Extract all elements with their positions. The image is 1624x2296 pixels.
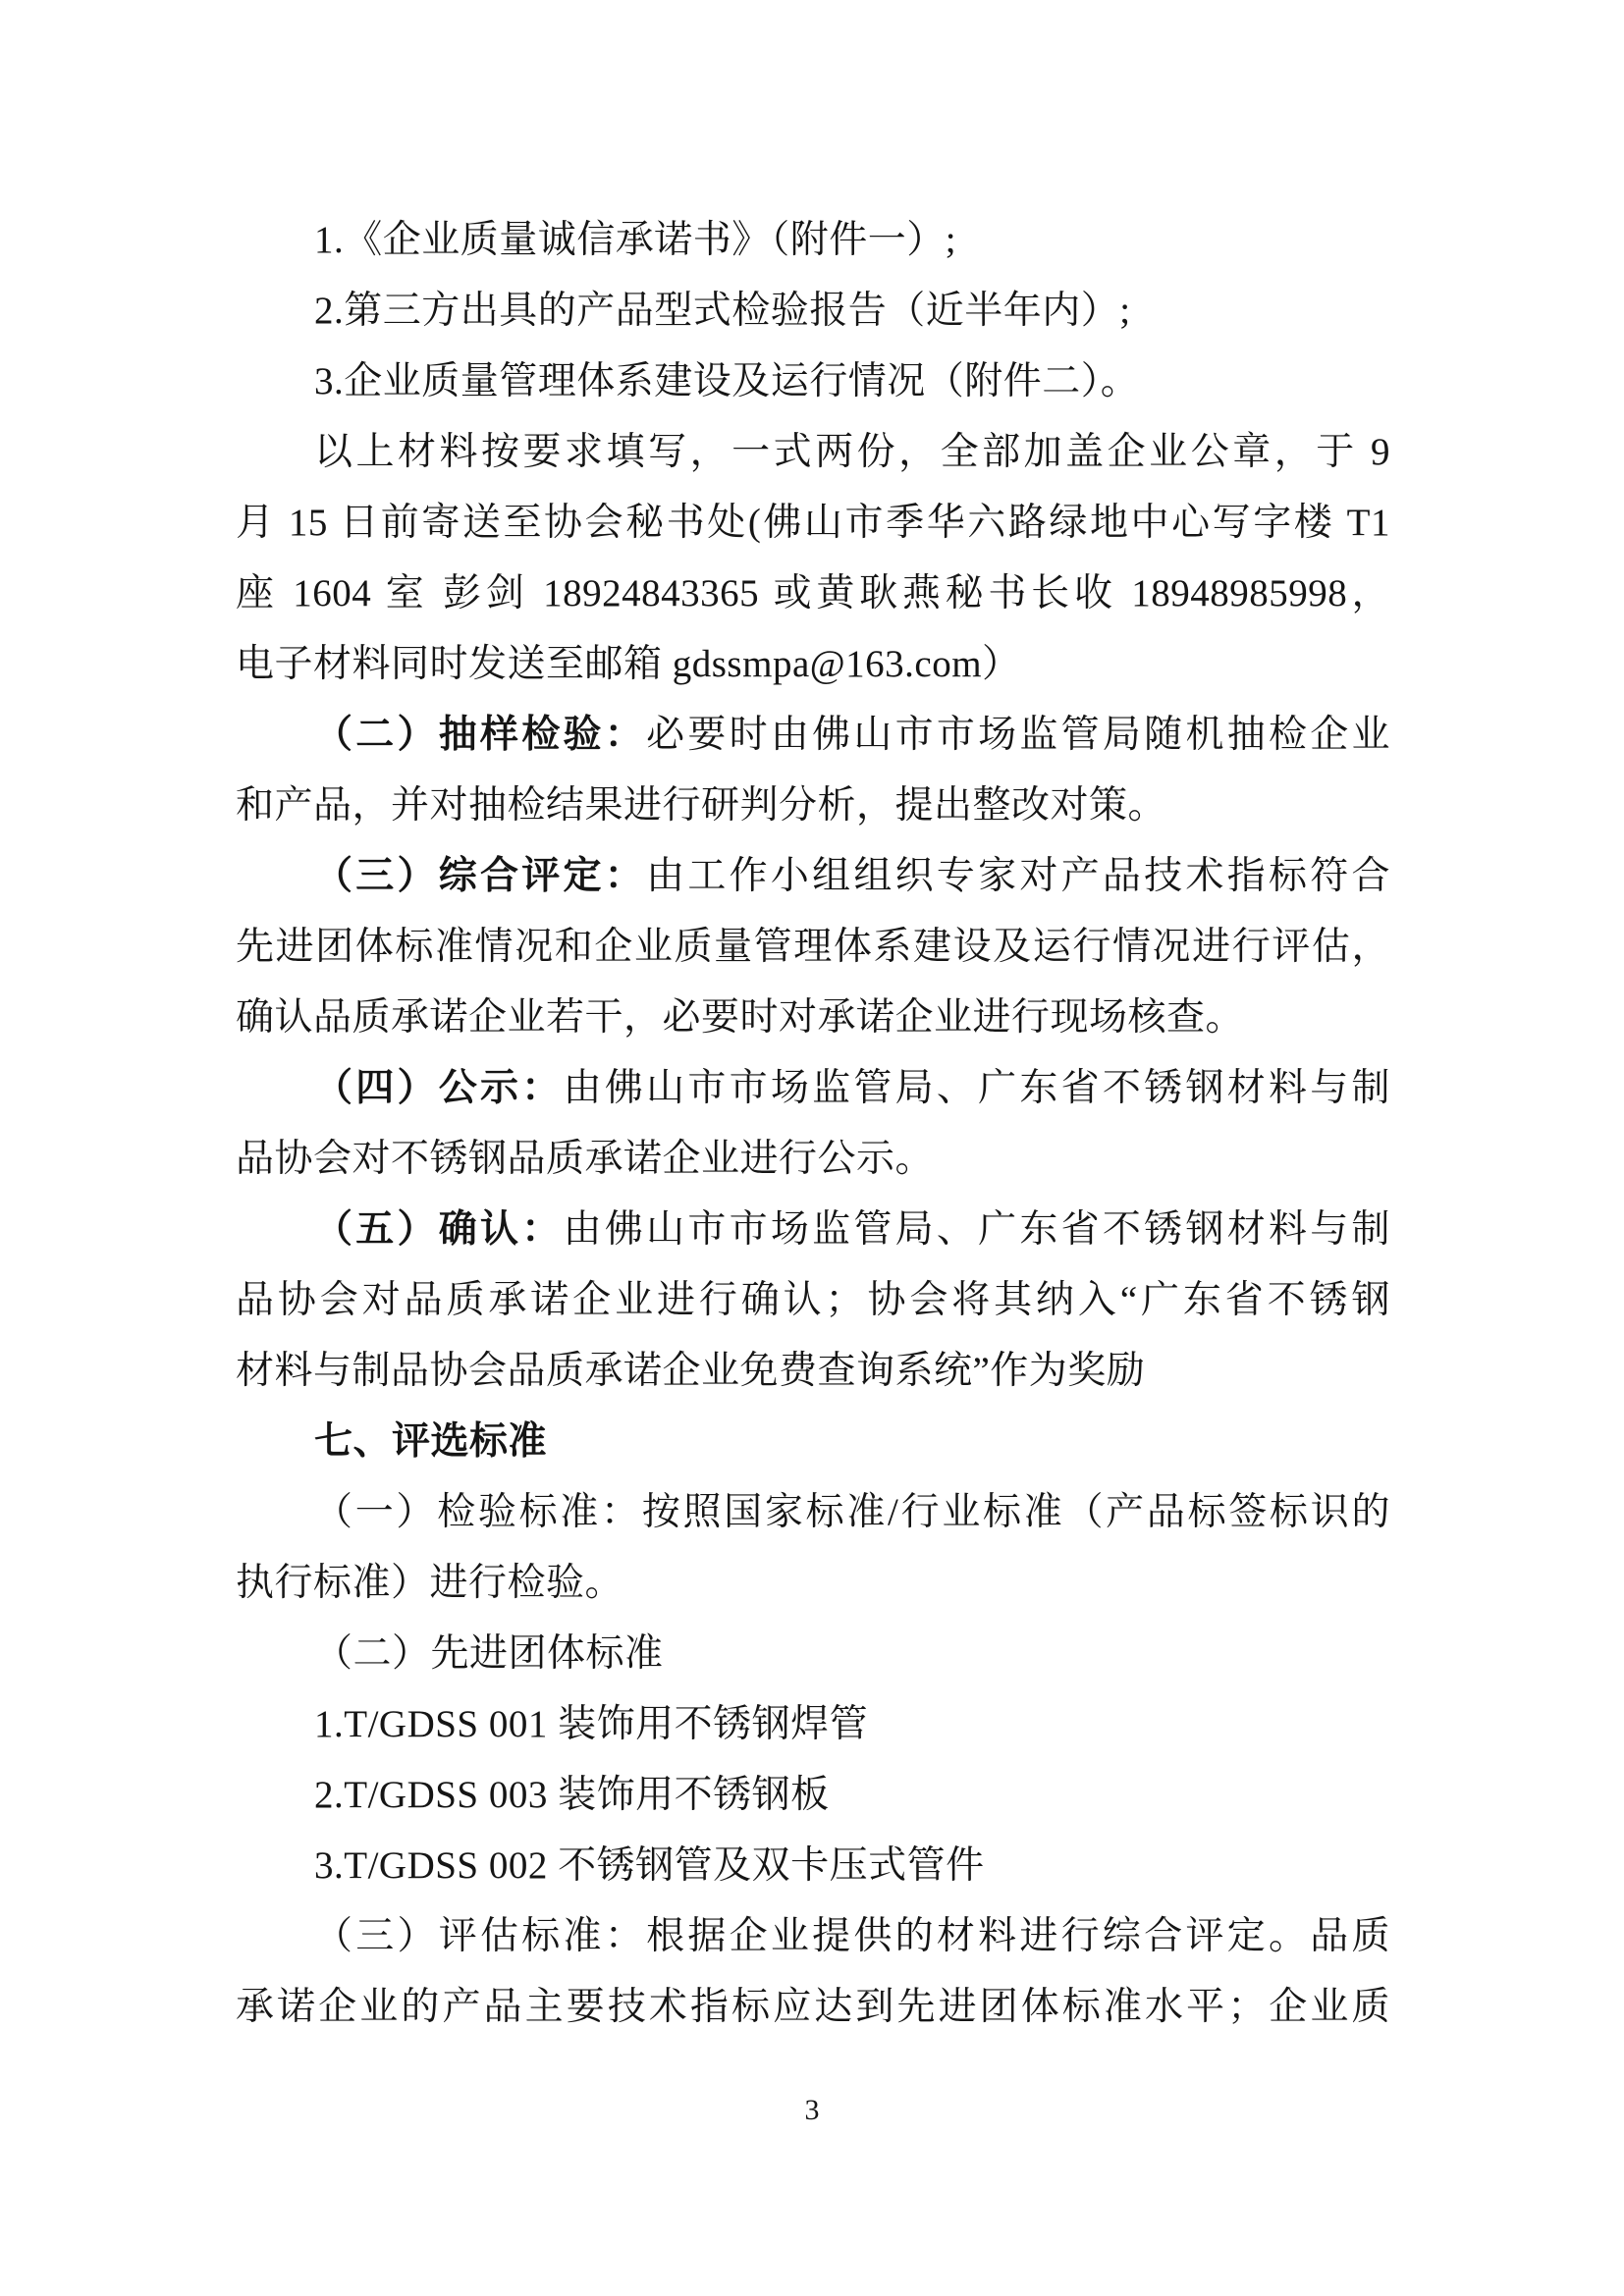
doc-line: （四）公示：由佛山市市场监管局、广东省不锈钢材料与制 [236, 1053, 1390, 1124]
doc-line: 座 1604 室 彭剑 18924843365 或黄耿燕秘书长收 1894898… [236, 559, 1390, 629]
doc-line-text: 1.《企业质量诚信承诺书》（附件一）; [314, 219, 956, 261]
doc-line: 品协会对不锈钢品质承诺企业进行公示。 [236, 1124, 1390, 1195]
doc-line: 七、评选标准 [236, 1407, 1390, 1477]
doc-line-heading: （三）综合评定： [314, 855, 646, 897]
page-number: 3 [0, 2089, 1624, 2132]
doc-line: 和产品，并对抽检结果进行研判分析，提出整改对策。 [236, 771, 1390, 841]
doc-line: （三）综合评定：由工作小组组织专家对产品技术指标符合 [236, 841, 1390, 912]
doc-line: （二）抽样检验：必要时由佛山市市场监管局随机抽检企业 [236, 700, 1390, 771]
doc-line-text: 以上材料按要求填写，一式两份，全部加盖企业公章，于 9 [314, 431, 1390, 473]
doc-line: 2.第三方出具的产品型式检验报告（近半年内）; [236, 276, 1390, 347]
doc-line-text: 确认品质承诺企业若干，必要时对承诺企业进行现场核查。 [236, 996, 1244, 1039]
doc-line: 电子材料同时发送至邮箱 gdssmpa@163.com） [236, 629, 1390, 700]
doc-line-heading: （四）公示： [314, 1067, 564, 1109]
doc-line: 品协会对品质承诺企业进行确认；协会将其纳入“广东省不锈钢 [236, 1265, 1390, 1336]
doc-line-text: 3.T/GDSS 002 不锈钢管及双卡压式管件 [314, 1844, 985, 1887]
doc-line-text: 3.企业质量管理体系建设及运行情况（附件二）。 [314, 360, 1139, 402]
doc-line: 确认品质承诺企业若干，必要时对承诺企业进行现场核查。 [236, 983, 1390, 1053]
doc-line: 以上材料按要求填写，一式两份，全部加盖企业公章，于 9 [236, 417, 1390, 488]
doc-line: 承诺企业的产品主要技术指标应达到先进团体标准水平；企业质 [236, 1972, 1390, 2043]
doc-line-text: 承诺企业的产品主要技术指标应达到先进团体标准水平；企业质 [236, 1986, 1390, 2028]
doc-line-heading: 七、评选标准 [314, 1420, 547, 1463]
doc-line: （一）检验标准：按照国家标准/行业标准（产品标签标识的 [236, 1477, 1390, 1548]
doc-line-text: 1.T/GDSS 001 装饰用不锈钢焊管 [314, 1703, 868, 1745]
document-lines: 1.《企业质量诚信承诺书》（附件一）;2.第三方出具的产品型式检验报告（近半年内… [236, 205, 1390, 2043]
doc-line: 先进团体标准情况和企业质量管理体系建设及运行情况进行评估， [236, 912, 1390, 983]
doc-line-text: 品协会对品质承诺企业进行确认；协会将其纳入“广东省不锈钢 [236, 1279, 1390, 1321]
doc-line: 3.T/GDSS 002 不锈钢管及双卡压式管件 [236, 1831, 1390, 1901]
doc-line-text: 必要时由佛山市市场监管局随机抽检企业 [646, 714, 1390, 756]
doc-line: （二）先进团体标准 [236, 1619, 1390, 1689]
doc-line-text: （一）检验标准：按照国家标准/行业标准（产品标签标识的 [314, 1491, 1390, 1533]
doc-line-text: 先进团体标准情况和企业质量管理体系建设及运行情况进行评估， [236, 926, 1390, 968]
doc-line: 1.《企业质量诚信承诺书》（附件一）; [236, 205, 1390, 276]
doc-line-text: （三）评估标准：根据企业提供的材料进行综合评定。品质 [314, 1915, 1390, 1957]
doc-line-text: 由佛山市市场监管局、广东省不锈钢材料与制 [564, 1067, 1390, 1109]
doc-line-text: 由工作小组组织专家对产品技术指标符合 [646, 855, 1390, 897]
doc-line-text: 品协会对不锈钢品质承诺企业进行公示。 [236, 1138, 934, 1180]
doc-line: 3.企业质量管理体系建设及运行情况（附件二）。 [236, 347, 1390, 417]
document-page: 1.《企业质量诚信承诺书》（附件一）;2.第三方出具的产品型式检验报告（近半年内… [0, 0, 1624, 2296]
doc-line-text: 电子材料同时发送至邮箱 gdssmpa@163.com） [236, 643, 1021, 685]
doc-line: 月 15 日前寄送至协会秘书处(佛山市季华六路绿地中心写字楼 T1 [236, 488, 1390, 559]
doc-line: （五）确认：由佛山市市场监管局、广东省不锈钢材料与制 [236, 1195, 1390, 1265]
doc-line: 材料与制品协会品质承诺企业免费查询系统”作为奖励 [236, 1336, 1390, 1407]
doc-line-text: 2.第三方出具的产品型式检验报告（近半年内）; [314, 290, 1131, 332]
doc-line: 执行标准）进行检验。 [236, 1548, 1390, 1619]
doc-line: （三）评估标准：根据企业提供的材料进行综合评定。品质 [236, 1901, 1390, 1972]
doc-line-heading: （五）确认： [314, 1208, 564, 1251]
doc-line: 1.T/GDSS 001 装饰用不锈钢焊管 [236, 1689, 1390, 1760]
doc-line-text: 材料与制品协会品质承诺企业免费查询系统”作为奖励 [236, 1350, 1145, 1392]
doc-line-text: 由佛山市市场监管局、广东省不锈钢材料与制 [564, 1208, 1390, 1251]
doc-line: 2.T/GDSS 003 装饰用不锈钢板 [236, 1760, 1390, 1831]
doc-line-text: （二）先进团体标准 [314, 1632, 664, 1675]
doc-line-text: 和产品，并对抽检结果进行研判分析，提出整改对策。 [236, 784, 1166, 827]
doc-line-text: 执行标准）进行检验。 [236, 1562, 623, 1604]
doc-line-text: 座 1604 室 彭剑 18924843365 或黄耿燕秘书长收 1894898… [236, 572, 1390, 614]
doc-line-text: 2.T/GDSS 003 装饰用不锈钢板 [314, 1774, 830, 1816]
doc-line-heading: （二）抽样检验： [314, 714, 646, 756]
doc-line-text: 月 15 日前寄送至协会秘书处(佛山市季华六路绿地中心写字楼 T1 [236, 502, 1390, 544]
